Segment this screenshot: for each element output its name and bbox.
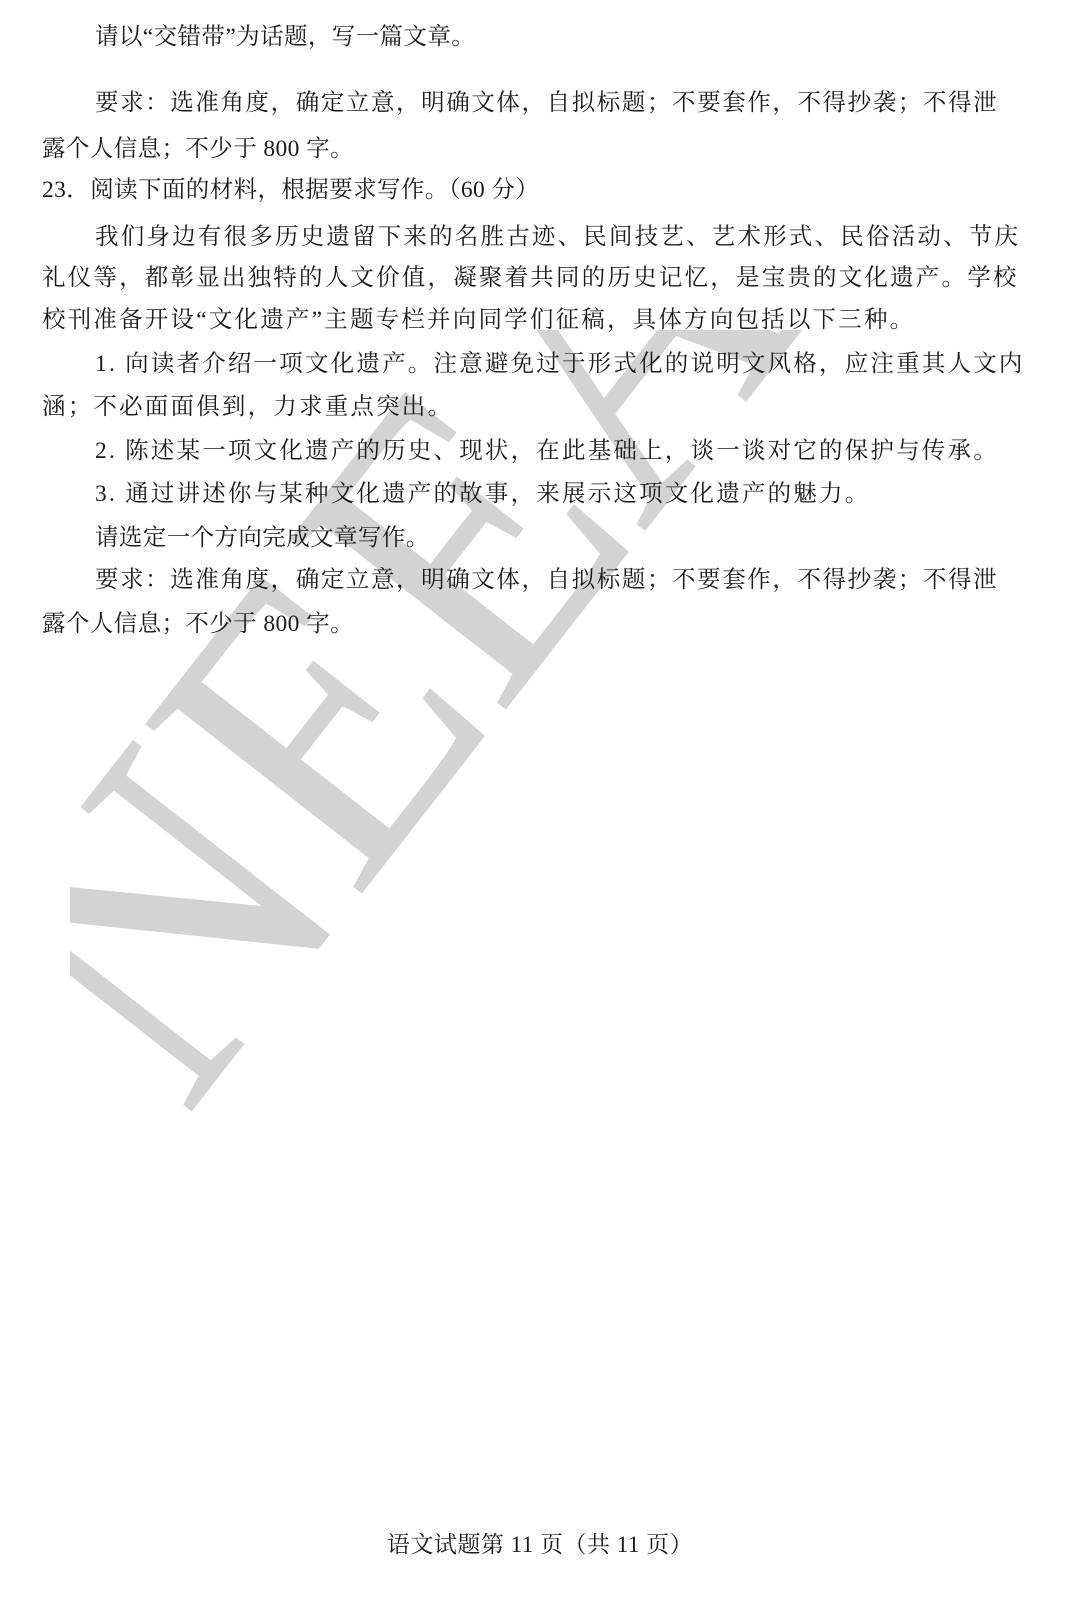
requirements-line-4: 露个人信息；不少于 800 字。: [42, 609, 997, 639]
option-1-line-1: 1. 向读者介绍一项文化遗产。注意避免过于形式化的说明文风格，应注重其人文内: [95, 349, 997, 379]
topic-prompt: 请以“交错带”为话题，写一篇文章。: [95, 22, 997, 52]
exam-page: 请以“交错带”为话题，写一篇文章。 要求：选准角度，确定立意，明确文体，自拟标题…: [0, 0, 1080, 1607]
choose-direction-instruction: 请选定一个方向完成文章写作。: [95, 523, 997, 553]
option-3: 3. 通过讲述你与某种文化遗产的故事，来展示这项文化遗产的魅力。: [95, 479, 997, 509]
material-line-2: 礼仪等，都彰显出独特的人文价值，凝聚着共同的历史记忆，是宝贵的文化遗产。学校: [42, 263, 997, 293]
material-line-1: 我们身边有很多历史遗留下来的名胜古迹、民间技艺、艺术形式、民俗活动、节庆: [95, 222, 997, 252]
requirements-line-3: 要求：选准角度，确定立意，明确文体，自拟标题；不要套作，不得抄袭；不得泄: [95, 565, 997, 595]
page-footer: 语文试题第 11 页（共 11 页）: [0, 1530, 1080, 1560]
question-23-heading: 23．阅读下面的材料，根据要求写作。（60 分）: [42, 175, 997, 205]
requirements-line-1: 要求：选准角度，确定立意，明确文体，自拟标题；不要套作，不得抄袭；不得泄: [95, 88, 997, 118]
material-line-3: 校刊准备开设“文化遗产”主题专栏并向同学们征稿，具体方向包括以下三种。: [42, 305, 997, 335]
option-2: 2. 陈述某一项文化遗产的历史、现状，在此基础上，谈一谈对它的保护与传承。: [95, 436, 997, 466]
requirements-line-2: 露个人信息；不少于 800 字。: [42, 134, 997, 164]
option-1-line-2: 涵；不必面面俱到，力求重点突出。: [42, 392, 997, 422]
